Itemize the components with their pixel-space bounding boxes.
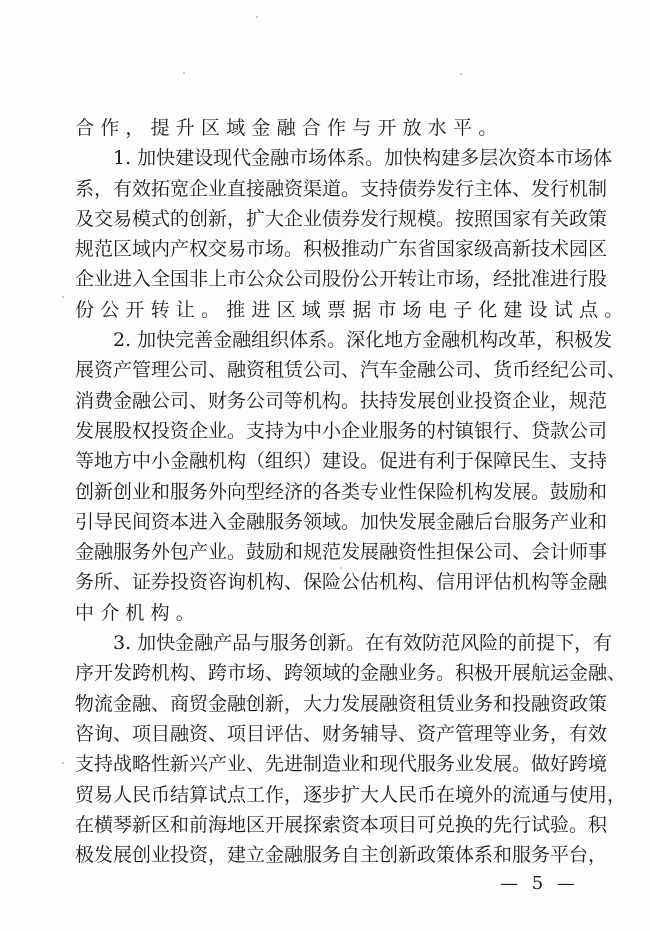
text-line: 支持战略性新兴产业、先进制造业和现代服务业发展。做好跨境 [75,749,580,779]
text-line: 及交易模式的创新，扩大企业债券发行规模。按照国家有关政策 [75,204,580,234]
text-line: 2. 加快完善金融组织体系。深化地方金融机构改革，积极发 [75,325,580,355]
text-line: 咨询、项目融资、项目评估、财务辅导、资产管理等业务，有效 [75,719,580,749]
scan-speck [460,73,462,75]
scan-speck [183,72,185,74]
text-line: 在横琴新区和前海地区开展探索资本项目可兑换的先行试验。积 [75,810,580,840]
text-line: 展资产管理公司、融资租赁公司、汽车金融公司、货币经纪公司、 [75,355,580,385]
text-line: 系，有效拓宽企业直接融资渠道。支持债券发行主体、发行机制 [75,174,580,204]
scan-speck [310,240,312,242]
text-line: 序开发跨机构、跨市场、跨领域的金融业务。积极开展航运金融、 [75,658,580,688]
scan-speck [340,567,342,569]
scan-speck [62,762,64,764]
text-line: 份公开转让。推进区域票据市场电子化建设试点。 [75,295,580,325]
text-line: 企业进入全国非上市公众公司股份公开转让市场，经批准进行股 [75,264,580,294]
document-page: 合作，提升区域金融合作与开放水平。1. 加快建设现代金融市场体系。加快构建多层次… [0,0,650,931]
text-line: 合作，提升区域金融合作与开放水平。 [75,113,580,143]
page-number: — 5 — [500,873,579,894]
text-line: 中介机构。 [75,598,580,628]
text-line: 物流金融、商贸金融创新，大力发展融资租赁业务和投融资政策 [75,689,580,719]
document-body: 合作，提升区域金融合作与开放水平。1. 加快建设现代金融市场体系。加快构建多层次… [75,113,580,870]
text-line: 引导民间资本进入金融服务领域。加快发展金融后台服务产业和 [75,507,580,537]
text-line: 极发展创业投资，建立金融服务自主创新政策体系和服务平台， [75,840,580,870]
text-line: 发展股权投资企业。支持为中小企业服务的村镇银行、贷款公司 [75,416,580,446]
text-line: 3. 加快金融产品与服务创新。在有效防范风险的前提下，有 [75,628,580,658]
text-line: 1. 加快建设现代金融市场体系。加快构建多层次资本市场体 [75,143,580,173]
text-line: 等地方中小金融机构（组织）建设。促进有利于保障民生、支持 [75,446,580,476]
text-line: 贸易人民币结算试点工作，逐步扩大人民币在境外的流通与使用， [75,780,580,810]
text-line: 创新创业和服务外向型经济的各类专业性保险机构发展。鼓励和 [75,477,580,507]
text-line: 消费金融公司、财务公司等机构。扶持发展创业投资企业，规范 [75,386,580,416]
text-line: 规范区域内产权交易市场。积极推动广东省国家级高新技术园区 [75,234,580,264]
text-line: 务所、证券投资咨询机构、保险公估机构、信用评估机构等金融 [75,567,580,597]
scan-speck [62,296,64,298]
scan-speck [256,16,258,18]
text-line: 金融服务外包产业。鼓励和规范发展融资性担保公司、会计师事 [75,537,580,567]
